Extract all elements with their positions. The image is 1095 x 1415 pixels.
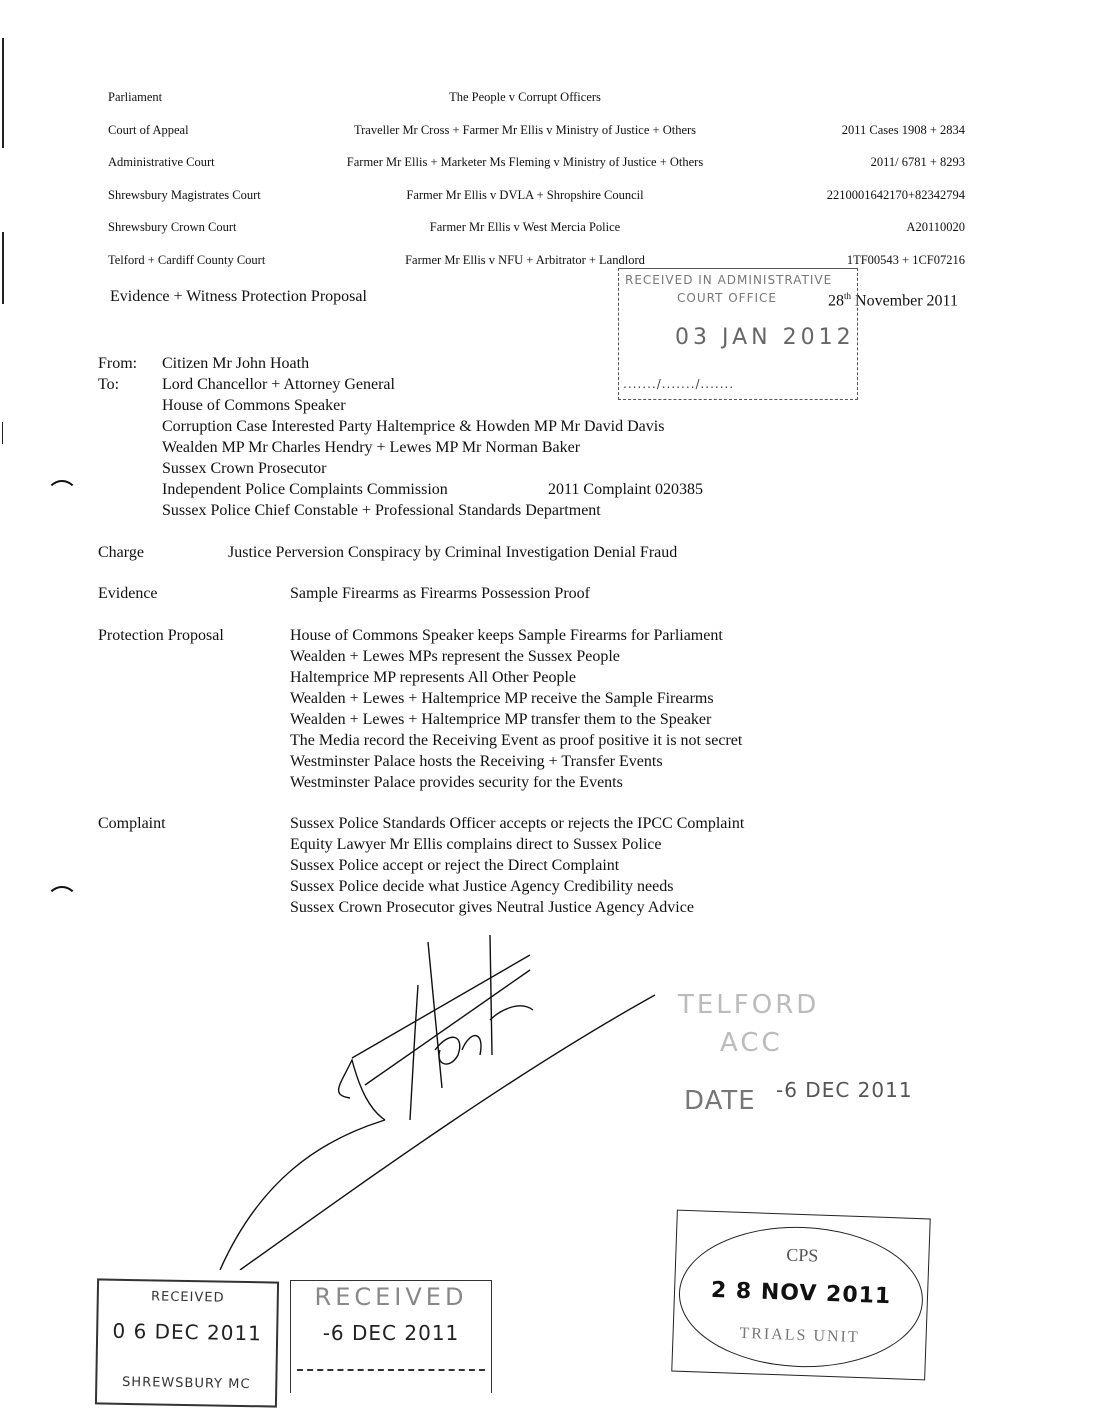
protection-line: The Media record the Receiving Event as … xyxy=(290,730,742,751)
punch-hole-mark xyxy=(46,886,78,918)
telford-received-stamp: TELFORD ACC DATE -6 DEC 2011 xyxy=(676,990,936,1130)
header-case: Farmer Mr Ellis + Marketer Ms Fleming v … xyxy=(300,155,750,170)
protection-line: House of Commons Speaker keeps Sample Fi… xyxy=(290,625,742,646)
complaint-list: Sussex Police Standards Officer accepts … xyxy=(290,813,744,918)
header-ref: 2210001642170+82342794 xyxy=(827,188,965,203)
complaint-line: Sussex Police decide what Justice Agency… xyxy=(290,876,744,897)
document-title: Evidence + Witness Protection Proposal xyxy=(110,286,367,307)
evidence-label: Evidence xyxy=(98,583,158,604)
header-court: Administrative Court xyxy=(108,155,215,170)
header-ref: 1TF00543 + 1CF07216 xyxy=(847,253,965,268)
header-ref: 2011/ 6781 + 8293 xyxy=(871,155,965,170)
header-court: Shrewsbury Magistrates Court xyxy=(108,188,261,203)
recipient-line: Corruption Case Interested Party Haltemp… xyxy=(162,416,664,437)
header-ref: 2011 Cases 1908 + 2834 xyxy=(842,123,965,138)
header-ref: A20110020 xyxy=(906,220,965,235)
complaint-line: Sussex Crown Prosecutor gives Neutral Ju… xyxy=(290,897,744,918)
header-court: Telford + Cardiff County Court xyxy=(108,253,265,268)
protection-line: Wealden + Lewes + Haltemprice MP receive… xyxy=(290,688,742,709)
evidence-value: Sample Firearms as Firearms Possession P… xyxy=(290,583,590,604)
signature xyxy=(200,930,700,1270)
protection-proposal-list: House of Commons Speaker keeps Sample Fi… xyxy=(290,625,742,793)
header-court: Court of Appeal xyxy=(108,123,189,138)
protection-line: Wealden + Lewes + Haltemprice MP transfe… xyxy=(290,709,742,730)
shrewsbury-mc-received-stamp: RECEIVED 0 6 DEC 2011 SHREWSBURY MC xyxy=(95,1278,279,1407)
recipient-line: Lord Chancellor + Attorney General xyxy=(162,374,664,395)
ipcc-complaint-ref: 2011 Complaint 020385 xyxy=(548,479,703,500)
header-case: Traveller Mr Cross + Farmer Mr Ellis v M… xyxy=(300,123,750,138)
from-label: From: xyxy=(98,353,137,374)
complaint-line: Sussex Police Standards Officer accepts … xyxy=(290,813,744,834)
recipient-line: Wealden MP Mr Charles Hendry + Lewes MP … xyxy=(162,437,664,458)
header-case: Farmer Mr Ellis v West Mercia Police xyxy=(300,220,750,235)
protection-line: Wealden + Lewes MPs represent the Sussex… xyxy=(290,646,742,667)
scan-margin-line xyxy=(2,38,4,148)
header-court: Shrewsbury Crown Court xyxy=(108,220,236,235)
complaint-label: Complaint xyxy=(98,813,166,834)
complaint-line: Equity Lawyer Mr Ellis complains direct … xyxy=(290,834,744,855)
protection-line: Westminster Palace hosts the Receiving +… xyxy=(290,751,742,772)
charge-value: Justice Perversion Conspiracy by Crimina… xyxy=(228,542,677,563)
protection-line: Westminster Palace provides security for… xyxy=(290,772,742,793)
punch-hole-mark xyxy=(46,480,78,512)
complaint-line: Sussex Police accept or reject the Direc… xyxy=(290,855,744,876)
charge-label: Charge xyxy=(98,542,144,563)
recipient-line: Sussex Crown Prosecutor xyxy=(162,458,664,479)
protection-line: Haltemprice MP represents All Other Peop… xyxy=(290,667,742,688)
protection-label: Protection Proposal xyxy=(98,625,224,646)
recipient-line: Sussex Police Chief Constable + Professi… xyxy=(162,500,664,521)
header-case: The People v Corrupt Officers xyxy=(300,90,750,105)
header-court: Parliament xyxy=(108,90,162,105)
to-label: To: xyxy=(98,374,119,395)
received-stamp: RECEIVED -6 DEC 2011 xyxy=(290,1280,492,1393)
scan-margin-line xyxy=(2,232,4,304)
header-case: Farmer Mr Ellis v DVLA + Shropshire Coun… xyxy=(300,188,750,203)
header-case: Farmer Mr Ellis v NFU + Arbitrator + Lan… xyxy=(300,253,750,268)
scan-margin-line xyxy=(2,422,3,444)
recipient-line: House of Commons Speaker xyxy=(162,395,664,416)
from-value: Citizen Mr John Hoath xyxy=(162,353,309,374)
cps-trials-unit-stamp: CPS 2 8 NOV 2011 TRIALS UNIT xyxy=(671,1210,930,1381)
